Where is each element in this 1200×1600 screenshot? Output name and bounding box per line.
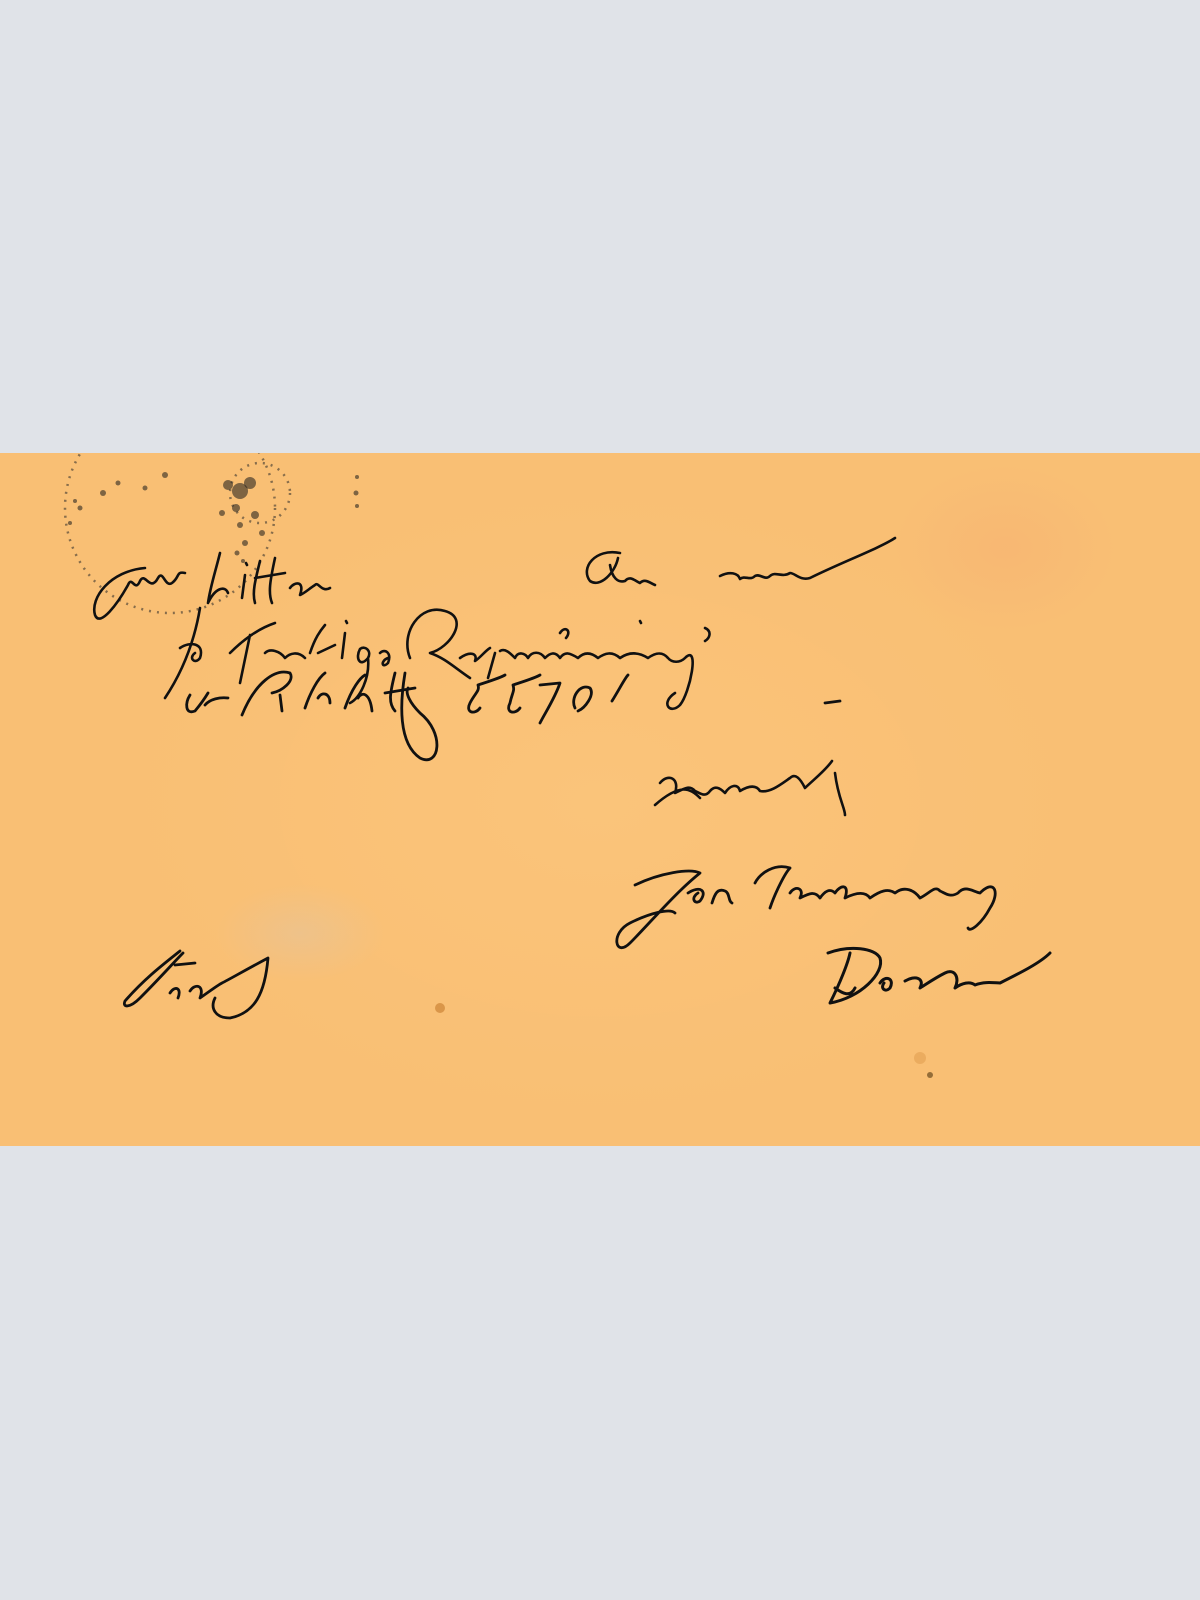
place-name: Prag: [120, 953, 216, 999]
signature-line-1: Gen. Vertretung: [620, 868, 980, 919]
postcard: Wir bitten Sie um sofortige Retournierun…: [0, 453, 1200, 1146]
signature-line-2: Donau: [825, 948, 970, 999]
closing-line: Ergebenst: [655, 763, 864, 809]
message-line-3: der Rechnung 55781 –: [185, 678, 644, 724]
message-line-2: sofortige Retournierung: [180, 623, 720, 674]
paper-stain: [927, 1072, 933, 1078]
paper-stain: [435, 1003, 445, 1013]
message-line-1: Wir bitten Sie um: [100, 553, 494, 604]
paper-stain: [914, 1052, 926, 1064]
